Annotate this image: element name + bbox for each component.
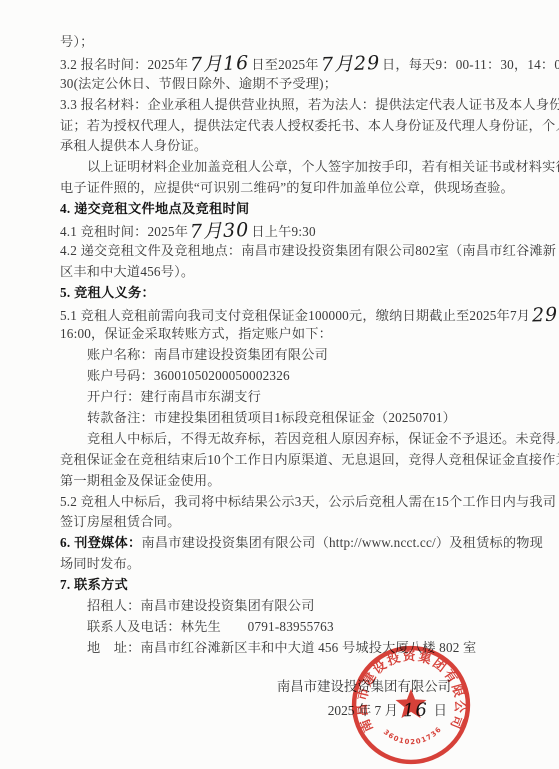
doc-text: 日上午9:30: [251, 224, 315, 239]
doc-line: 场同时发布。: [60, 554, 504, 575]
doc-line: 招租人：南昌市建设投资集团有限公司: [60, 596, 504, 617]
doc-text: 3.3 报名材料：企业承租人提供营业执照，若为法人：提供法定代表人证书及本人身份: [60, 97, 559, 112]
handwritten-text: 7月29: [318, 53, 382, 76]
doc-line: 账户号码：36001050200050002326: [60, 366, 504, 387]
doc-text: 7. 联系方式: [60, 577, 128, 592]
doc-text: 以上证明材料企业加盖竞租人公章，个人签字加按手印，若有相关证书或材料实行: [87, 159, 559, 174]
doc-line: 第一期租金及保证金使用。: [60, 471, 504, 492]
doc-line: 转款备注：市建投集团租赁项目1标段竞租保证金（20250701）: [60, 408, 504, 429]
doc-text: 承租人提供本人身份证。: [60, 138, 207, 153]
doc-text: 南昌市建设投资集团有限公司（http://www.ncct.cc/）及租赁标的物…: [142, 535, 543, 550]
doc-text: 开户行：建行南昌市东湖支行: [87, 389, 261, 404]
seal-star-icon: [396, 689, 427, 718]
doc-line: 证；若为授权代理人，提供法定代表人授权委托书、本人身份证及代理人身份证，个人: [60, 116, 504, 137]
doc-text: 账户号码：36001050200050002326: [87, 368, 290, 383]
doc-line: 5. 竞租人义务：: [60, 283, 504, 304]
doc-line: 16:00，保证金采取转账方式，指定账户如下：: [60, 324, 504, 345]
doc-line: 3.2 报名时间：2025年7月16日至2025年7月29日，每天9：00-11…: [60, 53, 504, 74]
document-page: 号）；3.2 报名时间：2025年7月16日至2025年7月29日，每天9：00…: [0, 0, 559, 769]
doc-text: 4.1 竞租时间：2025年: [60, 224, 188, 239]
doc-line: 30(法定公休日、节假日除外、逾期不予受理)；: [60, 74, 504, 95]
doc-text: 5.2 竞租人中标后，我司将中标结果公示3天，公示后竞租人需在15个工作日内与我…: [60, 494, 556, 509]
doc-line: 5.2 竞租人中标后，我司将中标结果公示3天，公示后竞租人需在15个工作日内与我…: [60, 492, 504, 513]
doc-text: 30(法定公休日、节假日除外、逾期不予受理)；: [60, 76, 337, 91]
doc-text: 第一期租金及保证金使用。: [60, 473, 221, 488]
doc-line: 6. 刊登媒体：南昌市建设投资集团有限公司（http://www.ncct.cc…: [60, 533, 504, 554]
doc-text: 5. 竞租人义务：: [60, 285, 155, 300]
doc-text: 签订房屋租赁合同。: [60, 514, 181, 529]
doc-line: 7. 联系方式: [60, 575, 504, 596]
doc-text: 区丰和中大道456号）。: [60, 264, 194, 279]
handwritten-text: 7月30: [188, 220, 252, 243]
doc-text: 竞租保证金在竞租结束后10个工作日内原渠道、无息退回，竞得人竞租保证金直接作为: [60, 452, 559, 467]
doc-text: 电子证件照的，应提供“可识别二维码”的复印件加盖单位公章，供现场查验。: [60, 180, 514, 195]
doc-line: 4. 递交竞租文件地点及竞租时间: [60, 199, 504, 220]
doc-line: 4.2 递交竞租文件及竞租地点：南昌市建设投资集团有限公司802室（南昌市红谷滩…: [60, 241, 504, 262]
doc-line: 以上证明材料企业加盖竞租人公章，个人签字加按手印，若有相关证书或材料实行: [60, 157, 504, 178]
doc-text: 3.2 报名时间：2025年: [60, 57, 188, 72]
doc-line: 号）；: [60, 32, 504, 53]
doc-line: 账户名称：南昌市建设投资集团有限公司: [60, 345, 504, 366]
doc-text: 证；若为授权代理人，提供法定代表人授权委托书、本人身份证及代理人身份证，个人: [60, 118, 559, 133]
signature-date: 2025 年 7 月 16 日: [0, 698, 559, 723]
doc-line: 电子证件照的，应提供“可识别二维码”的复印件加盖单位公章，供现场查验。: [60, 178, 504, 199]
doc-line: 竞租保证金在竞租结束后10个工作日内原渠道、无息退回，竞得人竞租保证金直接作为: [60, 450, 504, 471]
doc-text: 5.1 竞租人竞租前需向我司支付竞租保证金100000元，缴纳日期截止至2025…: [60, 308, 530, 323]
handwritten-text: 29: [530, 304, 559, 326]
doc-text: 招租人：南昌市建设投资集团有限公司: [87, 598, 315, 613]
handwritten-text: 7月16: [188, 53, 252, 76]
doc-line: 联系人及电话：林先生 0791-83955763: [60, 617, 504, 638]
doc-line: 承租人提供本人身份证。: [60, 136, 504, 157]
doc-text: 4. 递交竞租文件地点及竞租时间: [60, 201, 249, 216]
signature-company: 南昌市建设投资集团有限公司: [0, 676, 559, 698]
doc-text: 账户名称：南昌市建设投资集团有限公司: [87, 347, 328, 362]
doc-line: 4.1 竞租时间：2025年7月30日上午9:30: [60, 220, 504, 241]
doc-text: 16:00，保证金采取转账方式，指定账户如下：: [60, 326, 332, 341]
doc-line: 开户行：建行南昌市东湖支行: [60, 387, 504, 408]
doc-text: 6. 刊登媒体：: [60, 535, 142, 550]
doc-text: 联系人及电话：林先生 0791-83955763: [87, 619, 334, 634]
doc-line: 5.1 竞租人竞租前需向我司支付竞租保证金100000元，缴纳日期截止至2025…: [60, 304, 504, 325]
company-seal-stamp: 南昌市建设投资集团有限公司 3601020173658: [350, 644, 472, 766]
doc-line: 竞租人中标后，不得无故弃标，若因竞租人原因弃标，保证金不予退还。未竞得人: [60, 429, 504, 450]
doc-text: 4.2 递交竞租文件及竞租地点：南昌市建设投资集团有限公司802室（南昌市红谷滩…: [60, 243, 556, 258]
doc-text: 转款备注：市建投集团租赁项目1标段竞租保证金（20250701）: [87, 410, 456, 425]
signature-block: 南昌市建设投资集团有限公司 2025 年 7 月 16 日: [0, 676, 559, 723]
doc-line: 3.3 报名材料：企业承租人提供营业执照，若为法人：提供法定代表人证书及本人身份: [60, 95, 504, 116]
doc-text: 场同时发布。: [60, 556, 140, 571]
doc-text: 日至2025年: [251, 57, 318, 72]
document-body: 号）；3.2 报名时间：2025年7月16日至2025年7月29日，每天9：00…: [60, 32, 504, 659]
doc-line: 签订房屋租赁合同。: [60, 512, 504, 533]
doc-text: 日，每天9：00-11：30，14：00-16：: [382, 57, 559, 72]
doc-line: 区丰和中大道456号）。: [60, 262, 504, 283]
doc-text: 竞租人中标后，不得无故弃标，若因竞租人原因弃标，保证金不予退还。未竞得人: [87, 431, 559, 446]
doc-text: 号）；: [60, 34, 94, 49]
